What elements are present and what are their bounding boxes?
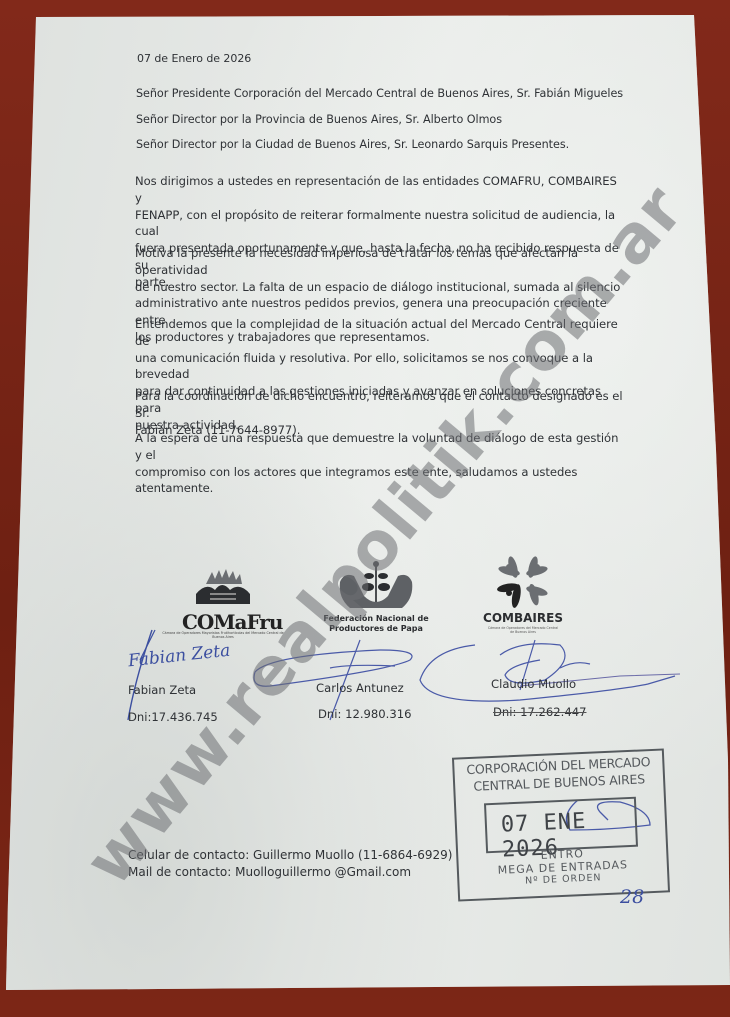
contact-mail: Mail de contacto: Muolloguillermo @Gmail… <box>128 865 411 879</box>
signatory-3-name: Claudio Muollo <box>491 677 576 691</box>
signatory-1-name: Fabian Zeta <box>128 683 196 697</box>
handwritten-order-number: 28 <box>620 886 644 908</box>
contact-phone: Celular de contacto: Guillermo Muollo (1… <box>128 848 452 862</box>
signatory-3-dni: Dni: 17.262.447 <box>493 705 586 719</box>
signatory-2-name: Carlos Antunez <box>316 681 404 695</box>
signatory-2-dni: Dni: 12.980.316 <box>318 707 411 721</box>
reception-stamp: CORPORACIÓN DEL MERCADO CENTRAL DE BUENO… <box>452 748 670 901</box>
